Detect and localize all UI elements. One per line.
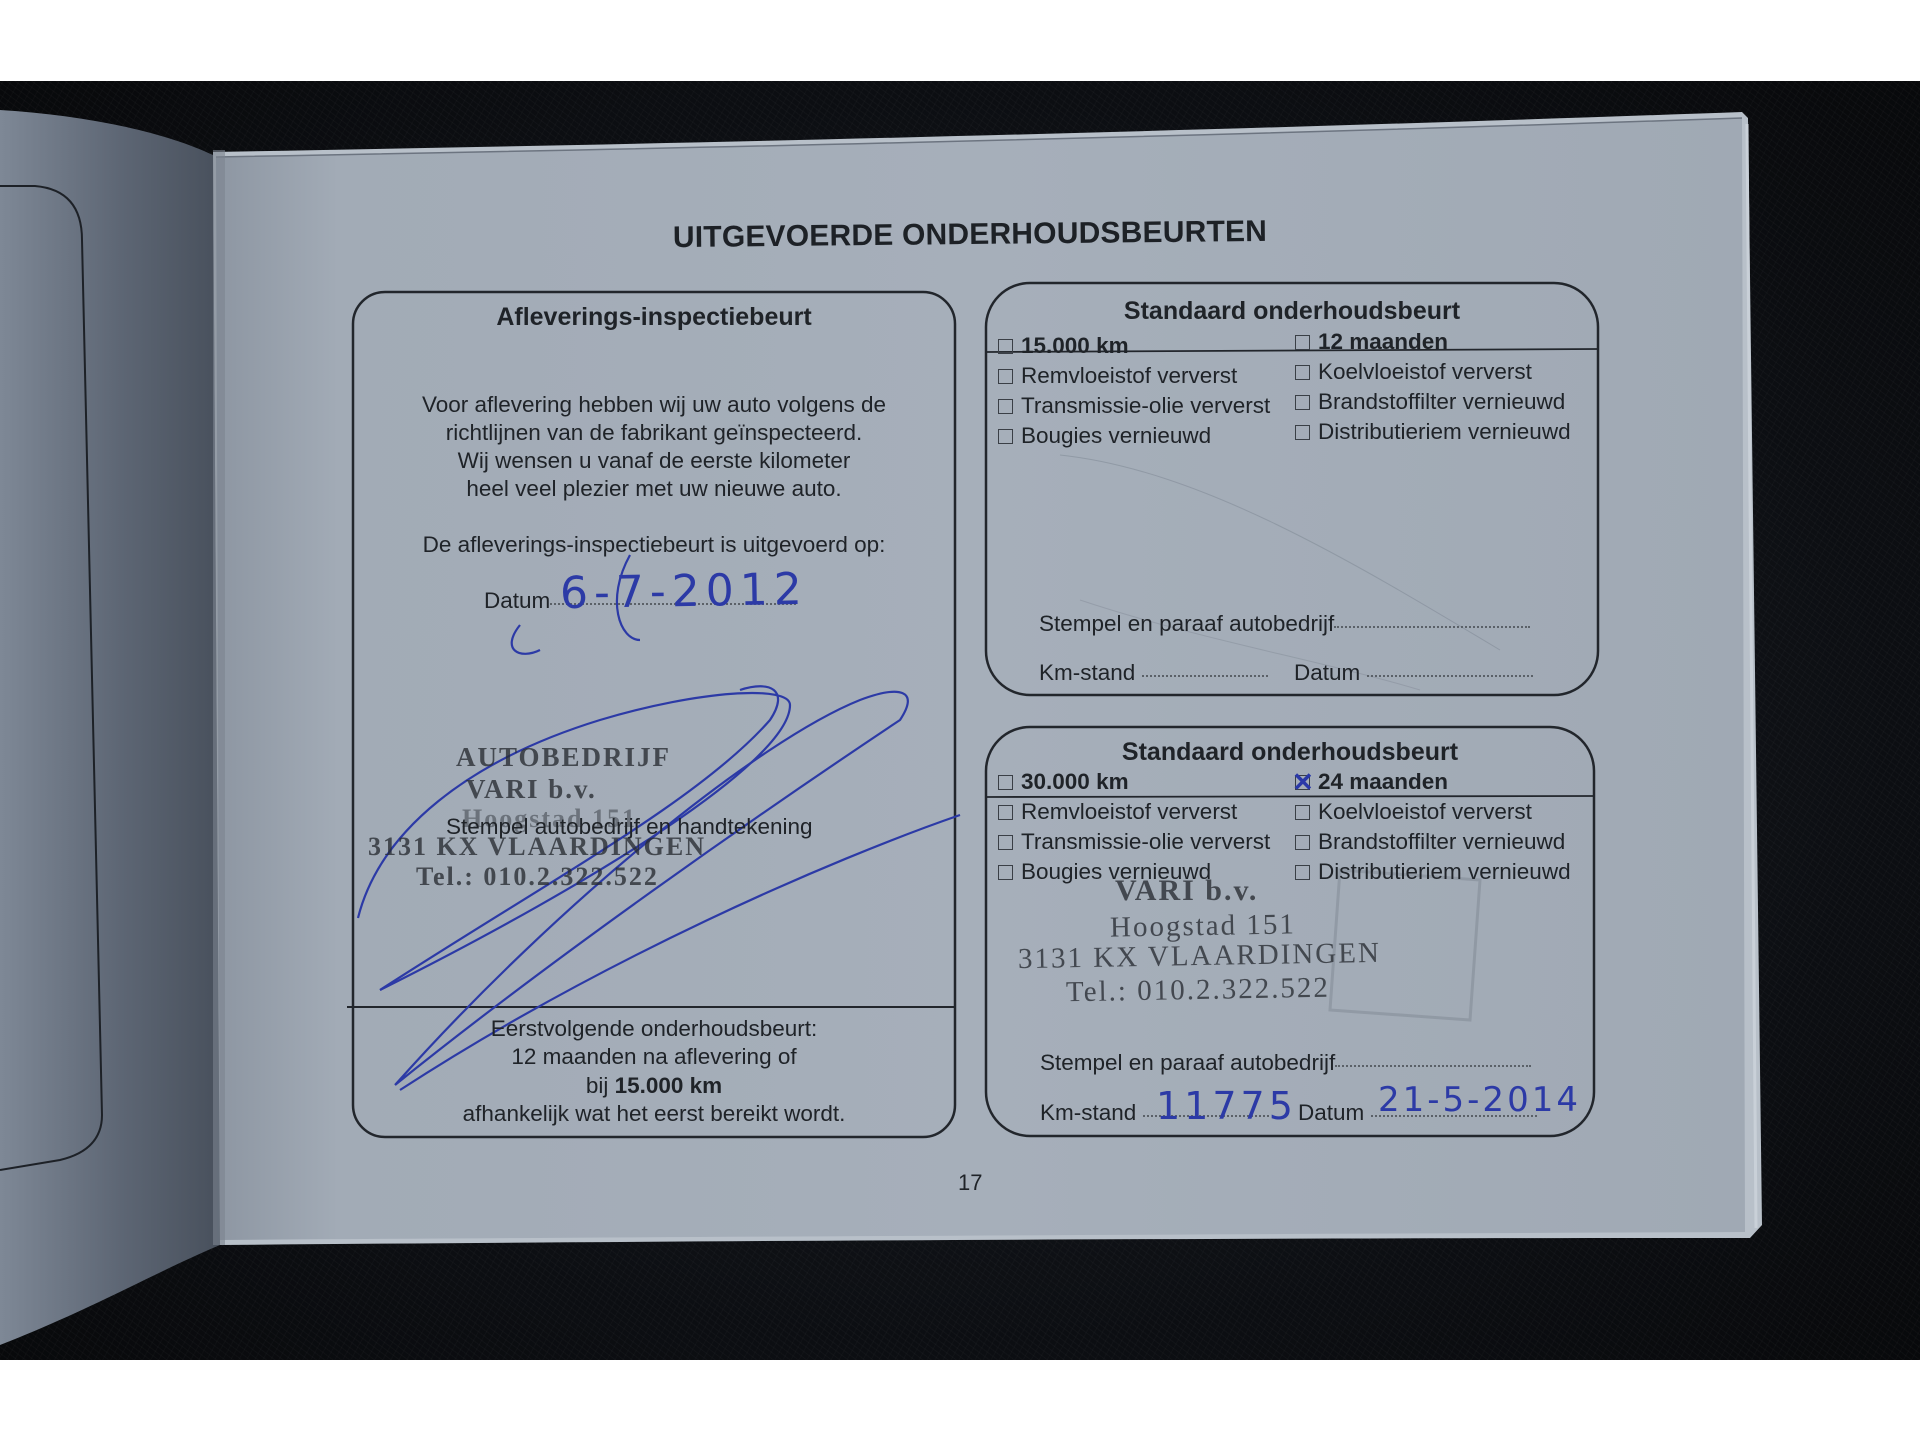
delivery-date-label: Datum [484, 588, 550, 613]
checkbox[interactable] [998, 429, 1013, 444]
service-2-heading: Standaard onderhoudsbeurt [986, 738, 1594, 767]
delivery-inspection-heading: Afleverings-inspectiebeurt [353, 303, 955, 332]
next-service-line-2: 12 maanden na aflevering of [353, 1044, 955, 1070]
service-2-item-transmission-oil[interactable]: Transmissie-olie ververst [998, 829, 1270, 855]
page-number: 17 [958, 1170, 982, 1196]
service-2-item-brake-fluid[interactable]: Remvloeistof ververst [998, 799, 1237, 825]
dealer-stamp-line-1: AUTOBEDRIJF [456, 742, 671, 773]
checkbox[interactable] [998, 805, 1013, 820]
service-1-item-coolant[interactable]: Koelvloeistof ververst [1295, 359, 1532, 385]
service-2-stamp-line-3: 3131 KX VLAARDINGEN [1018, 937, 1381, 976]
service-2-stamp-line-4: Tel.: 010.2.322.522 [1066, 972, 1330, 1010]
next-service-line-4: afhankelijk wat het eerst bereikt wordt. [353, 1101, 955, 1127]
stamp-signature-label: Stempel autobedrijf en handtekening [446, 814, 813, 840]
service-1-interval-months[interactable]: 12 maanden [1295, 329, 1448, 355]
checkbox[interactable] [1295, 395, 1310, 410]
checkbox[interactable] [1295, 335, 1310, 350]
service-2-km-handwritten: 11775 [1156, 1084, 1297, 1128]
service-1-item-spark-plugs[interactable]: Bougies vernieuwd [998, 423, 1211, 449]
service-1-item-fuel-filter[interactable]: Brandstoffilter vernieuwd [1295, 389, 1565, 415]
service-2-item-fuel-filter[interactable]: Brandstoffilter vernieuwd [1295, 829, 1565, 855]
checkbox[interactable] [1295, 805, 1310, 820]
checkbox[interactable] [1295, 425, 1310, 440]
delivery-date-handwritten: 6-7-2012 [560, 564, 809, 619]
checkbox[interactable] [1295, 365, 1310, 380]
checkbox[interactable] [998, 399, 1013, 414]
service-2-interval-months[interactable]: 24 maanden [1295, 769, 1448, 795]
checkbox[interactable] [1295, 835, 1310, 850]
checkbox[interactable] [998, 775, 1013, 790]
service-1-item-transmission-oil[interactable]: Transmissie-olie ververst [998, 393, 1270, 419]
service-1-heading: Standaard onderhoudsbeurt [986, 297, 1598, 326]
checkbox[interactable] [998, 835, 1013, 850]
dealer-stamp-line-2: VARI b.v. [466, 774, 597, 805]
checkbox-checked[interactable] [1295, 775, 1310, 790]
service-2-date-handwritten: 21-5-2014 [1378, 1080, 1581, 1120]
checkbox[interactable] [998, 339, 1013, 354]
intro-line-2: richtlijnen van de fabrikant geïnspectee… [353, 420, 955, 446]
intro-line-3: Wij wensen u vanaf de eerste kilometer [353, 448, 955, 474]
service-2-item-timing-belt[interactable]: Distributieriem vernieuwd [1295, 859, 1571, 885]
service-1-stamp-field[interactable]: Stempel en paraaf autobedrijf [1039, 611, 1530, 637]
service-2-interval-km[interactable]: 30.000 km [998, 769, 1129, 795]
service-2-stamp-field[interactable]: Stempel en paraaf autobedrijf [1040, 1050, 1531, 1076]
dealer-stamp-line-5: Tel.: 010.2.322.522 [416, 862, 659, 892]
next-service-line-3: bij 15.000 km [353, 1073, 955, 1099]
next-service-line-1: Eerstvolgende onderhoudsbeurt: [353, 1016, 955, 1042]
service-1-interval-km[interactable]: 15.000 km [998, 333, 1129, 359]
service-1-item-brake-fluid[interactable]: Remvloeistof ververst [998, 363, 1237, 389]
checkbox[interactable] [998, 865, 1013, 880]
service-2-item-coolant[interactable]: Koelvloeistof ververst [1295, 799, 1532, 825]
intro-line-4: heel veel plezier met uw nieuwe auto. [353, 476, 955, 502]
service-1-date-field[interactable]: Datum [1294, 660, 1533, 686]
intro-line-1: Voor aflevering hebben wij uw auto volge… [353, 392, 955, 418]
service-1-km-field[interactable]: Km-stand [1039, 660, 1268, 686]
service-1-item-timing-belt[interactable]: Distributieriem vernieuwd [1295, 419, 1571, 445]
checkbox[interactable] [998, 369, 1013, 384]
performed-on-label: De afleverings-inspectiebeurt is uitgevo… [353, 532, 955, 558]
service-2-stamp-line-1: VARI b.v. [1115, 874, 1258, 908]
checkbox[interactable] [1295, 865, 1310, 880]
